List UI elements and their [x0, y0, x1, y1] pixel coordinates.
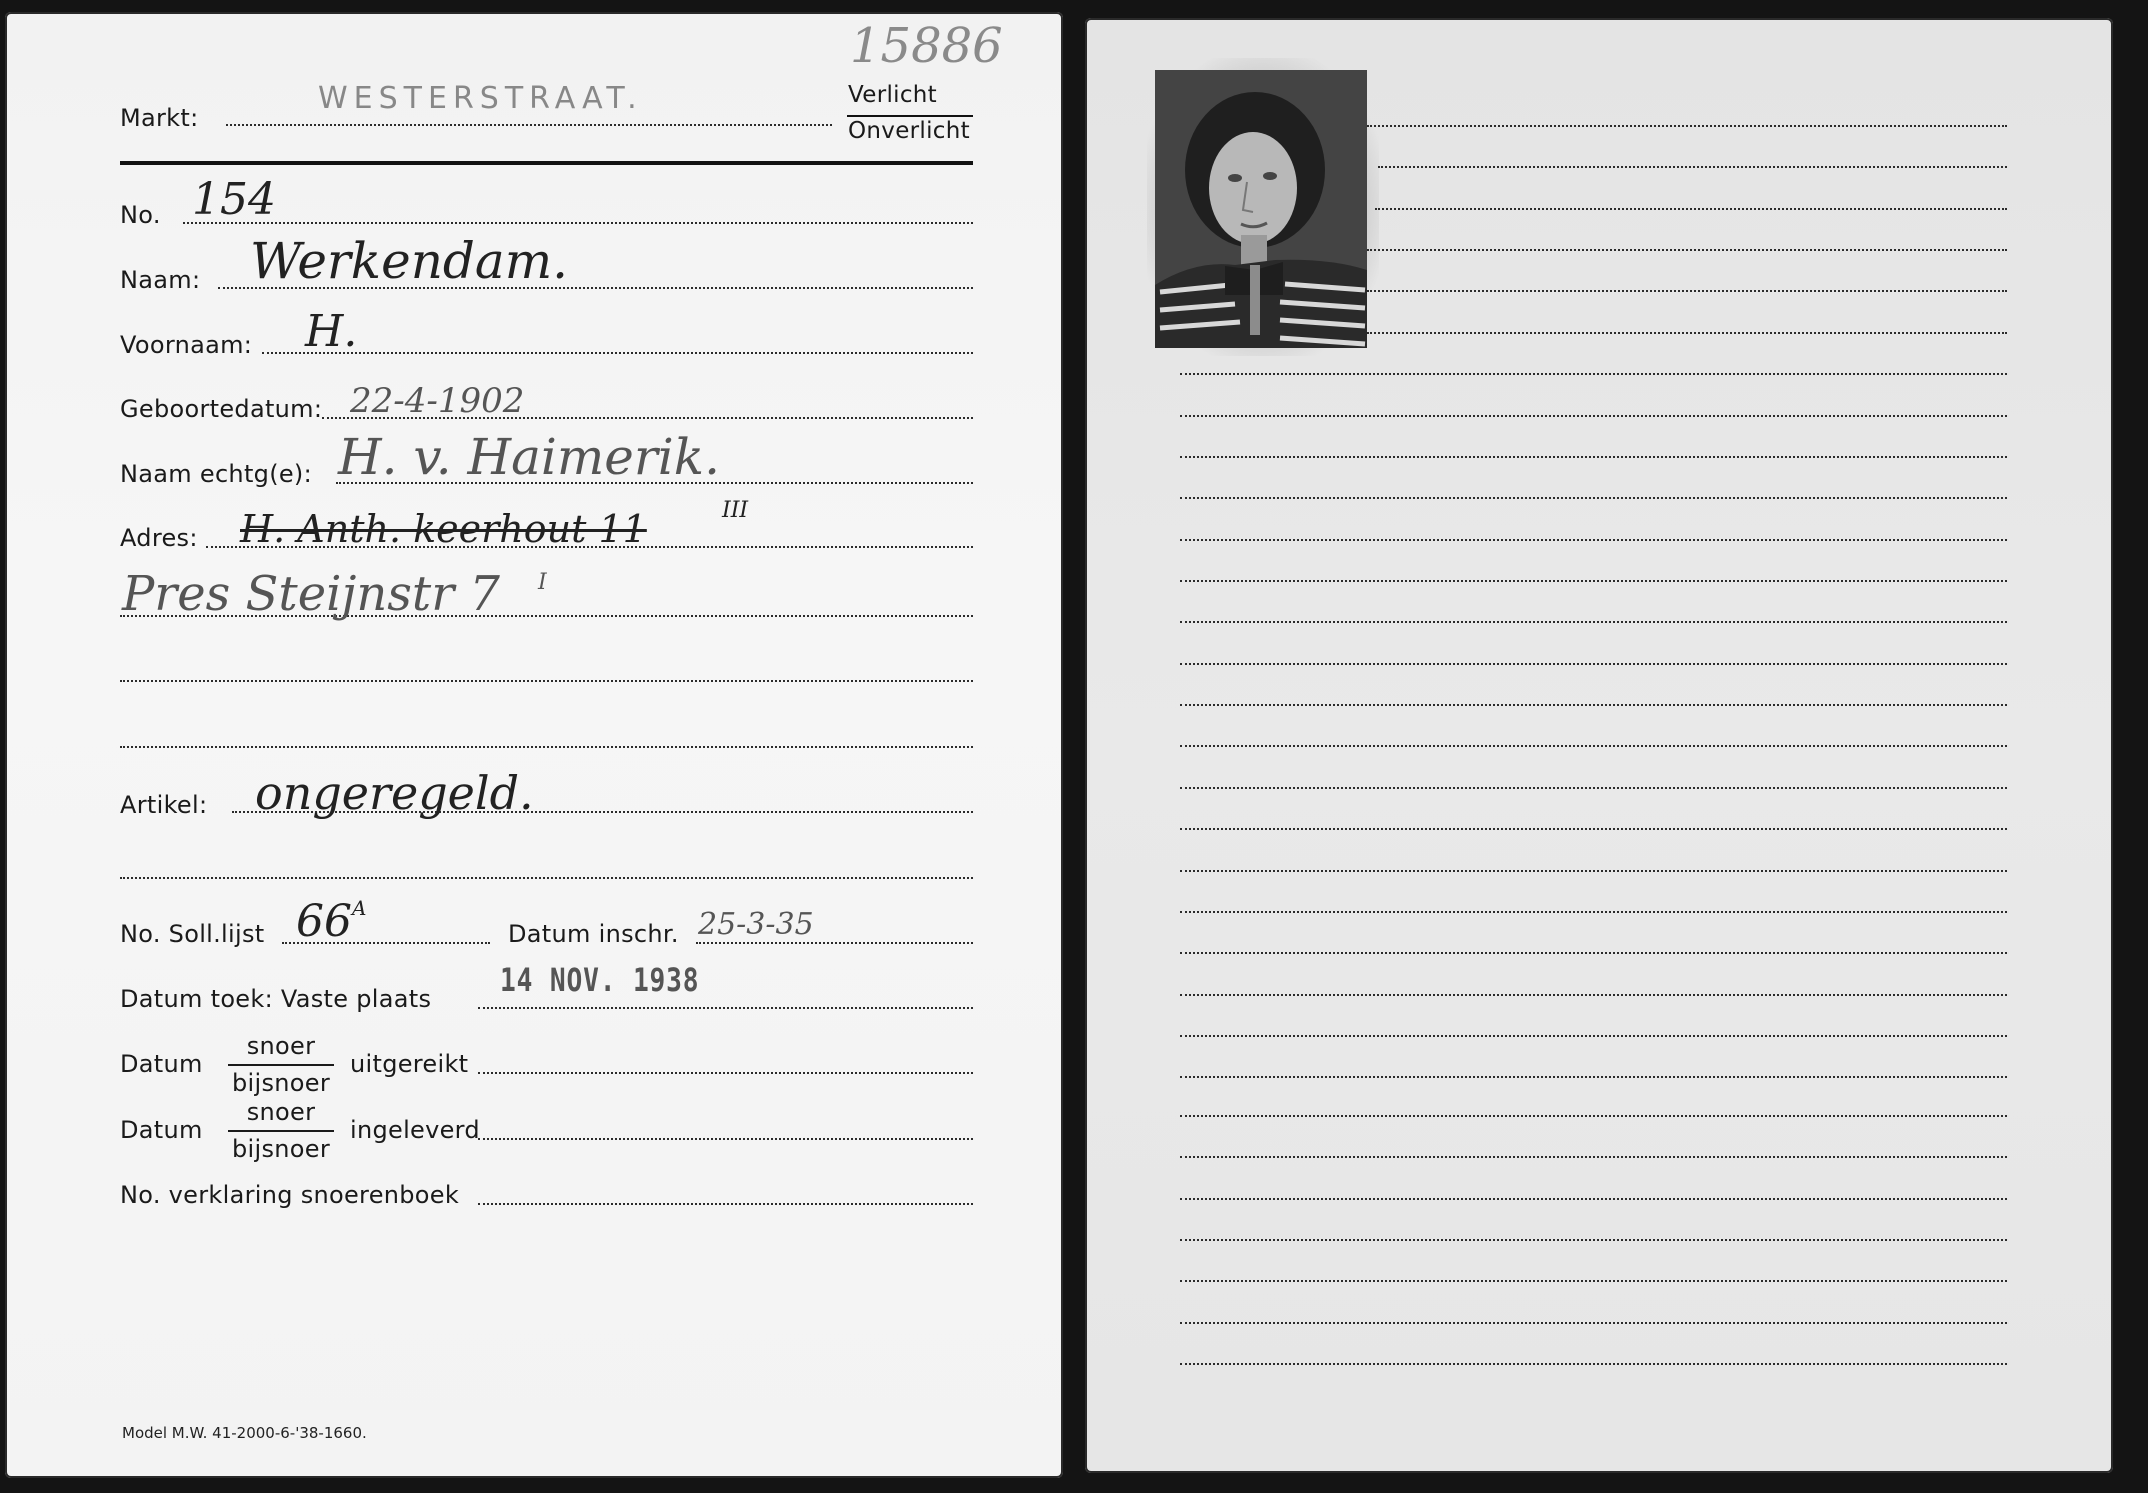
- voornaam-field-line: [262, 352, 973, 354]
- naam-echtgenote-value: H. v. Haimerik.: [338, 432, 720, 482]
- datum-toek-label: Datum toek: Vaste plaats: [120, 987, 431, 1011]
- no-verklaring-field-line: [478, 1203, 973, 1205]
- no-verklaring-label: No. verklaring snoerenboek: [120, 1183, 459, 1207]
- ruled-line: [1180, 663, 2007, 665]
- datum-ingeleverd-suffix: ingeleverd: [350, 1118, 480, 1142]
- ruled-line: [1180, 1198, 2007, 1200]
- no-soll-lijst-suffix: A: [352, 898, 366, 918]
- no-label: No.: [120, 203, 161, 227]
- no-soll-lijst-label: No. Soll.lijst: [120, 922, 264, 946]
- datum-uitgereikt-field-line: [478, 1072, 973, 1074]
- ruled-line: [1375, 208, 2007, 210]
- verlicht-label: Verlicht: [848, 84, 937, 107]
- ruled-line: [1367, 332, 2007, 334]
- onverlicht-label: Onverlicht: [848, 120, 970, 143]
- fraction-denominator: bijsnoer: [228, 1137, 334, 1161]
- ruled-line: [1180, 911, 2007, 913]
- adres-old-floor: III: [722, 500, 748, 522]
- ruled-line: [1180, 1156, 2007, 1158]
- fraction-bar: [228, 1130, 334, 1132]
- ruled-line: [1180, 373, 2007, 375]
- voornaam-value: H.: [305, 310, 357, 354]
- artikel-label: Artikel:: [120, 793, 207, 817]
- portrait-image-icon: [1155, 70, 1367, 348]
- ruled-line: [1180, 952, 2007, 954]
- archive-number: 15886: [850, 22, 1003, 70]
- fraction-numerator: snoer: [228, 1100, 334, 1124]
- datum-ingeleverd-prefix: Datum: [120, 1118, 203, 1142]
- adres-line-4: [120, 746, 973, 748]
- adres-new-value: Pres Steijnstr 7: [122, 570, 500, 618]
- snoer-bijsnoer-fraction-2: snoer bijsnoer: [228, 1100, 334, 1161]
- ruled-line: [1180, 580, 2007, 582]
- ruled-line: [1180, 787, 2007, 789]
- voornaam-label: Voornaam:: [120, 333, 252, 357]
- ruled-line: [1180, 870, 2007, 872]
- adres-old-value: H. Anth. keerhout 11: [240, 510, 647, 548]
- ruled-line: [1180, 456, 2007, 458]
- fraction-denominator: bijsnoer: [228, 1071, 334, 1095]
- ruled-line: [1367, 290, 2007, 292]
- ruled-line: [1367, 125, 2007, 127]
- naam-label: Naam:: [120, 268, 200, 292]
- ruled-line: [1180, 1363, 2007, 1365]
- datum-ingeleverd-field-line: [478, 1138, 973, 1140]
- datum-inschr-value: 25-3-35: [698, 910, 814, 940]
- ruled-line: [1180, 1322, 2007, 1324]
- adres-label: Adres:: [120, 526, 198, 550]
- no-field-line: [183, 222, 973, 224]
- markt-field-line: [226, 124, 832, 126]
- form-model-number: Model M.W. 41-2000-6-'38-1660.: [122, 1426, 367, 1441]
- header-divider: [120, 161, 973, 165]
- adres-line-3: [120, 680, 973, 682]
- ruled-line: [1180, 497, 2007, 499]
- ruled-line: [1367, 249, 2007, 251]
- ruled-line: [1378, 166, 2007, 168]
- ruled-line: [1180, 415, 2007, 417]
- ruled-line: [1180, 1076, 2007, 1078]
- fraction-bar: [228, 1064, 334, 1066]
- markt-label: Markt:: [120, 106, 198, 130]
- datum-inschr-label: Datum inschr.: [508, 922, 679, 946]
- ruled-line: [1180, 745, 2007, 747]
- ruled-line: [1180, 539, 2007, 541]
- datum-toek-field-line: [478, 1007, 973, 1009]
- verlicht-fraction-bar: [847, 115, 973, 117]
- ruled-line: [1180, 1035, 2007, 1037]
- markt-value: WESTERSTRAAT.: [318, 84, 643, 114]
- portrait-photo: [1155, 70, 1367, 348]
- artikel-value: ongeregeld.: [255, 770, 534, 816]
- datum-inschr-field-line: [696, 942, 973, 944]
- fraction-numerator: snoer: [228, 1034, 334, 1058]
- ruled-line: [1180, 1239, 2007, 1241]
- ruled-line: [1180, 828, 2007, 830]
- ruled-line: [1180, 1115, 2007, 1117]
- datum-uitgereikt-suffix: uitgereikt: [350, 1052, 468, 1076]
- datum-uitgereikt-prefix: Datum: [120, 1052, 203, 1076]
- ruled-line: [1180, 994, 2007, 996]
- geboortedatum-value: 22-4-1902: [350, 384, 524, 418]
- naam-echtgenote-label: Naam echtg(e):: [120, 462, 312, 486]
- datum-toek-stamp: 14 NOV. 1938: [500, 964, 699, 996]
- ruled-line: [1180, 704, 2007, 706]
- ruled-line: [1180, 1280, 2007, 1282]
- adres-new-floor: I: [538, 572, 547, 594]
- naam-value: Werkendam.: [250, 236, 568, 286]
- geboortedatum-label: Geboortedatum:: [120, 397, 322, 421]
- artikel-line-2: [120, 877, 973, 879]
- no-value: 154: [192, 178, 276, 222]
- snoer-bijsnoer-fraction-1: snoer bijsnoer: [228, 1034, 334, 1095]
- no-soll-lijst-value: 66: [296, 900, 352, 944]
- ruled-line: [1180, 621, 2007, 623]
